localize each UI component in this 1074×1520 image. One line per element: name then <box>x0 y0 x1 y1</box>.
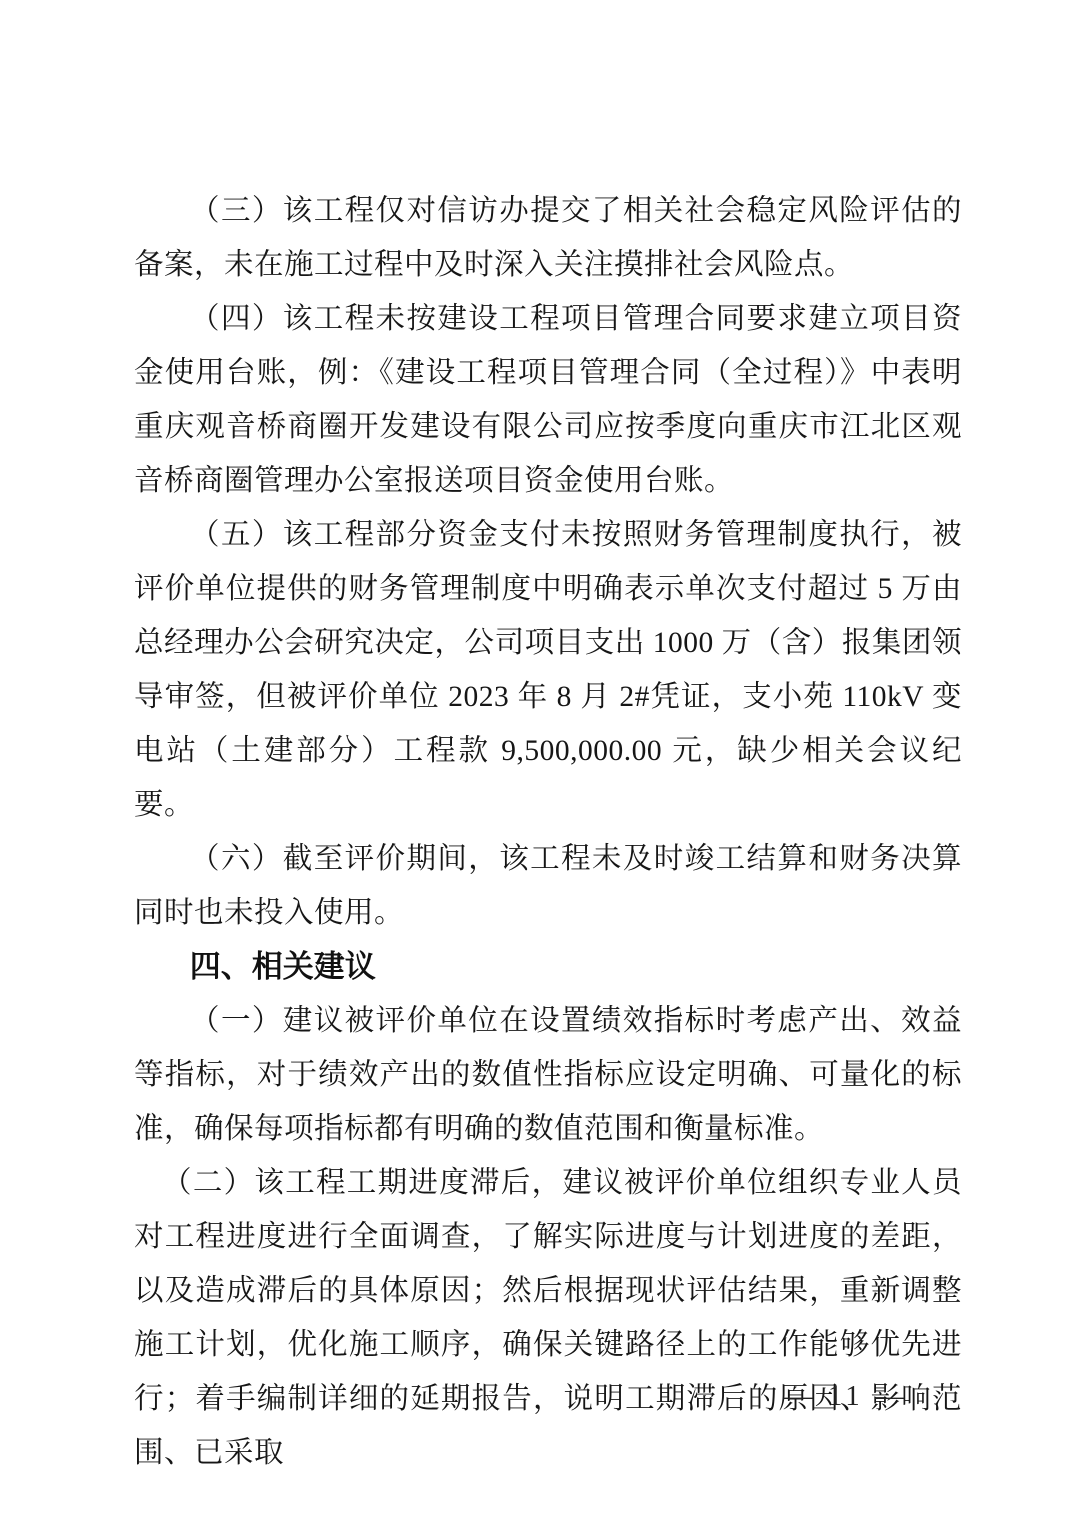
paragraph-finding-3: （三）该工程仅对信访办提交了相关社会稳定风险评估的备案，未在施工过程中及时深入关… <box>134 184 962 292</box>
document-body: （三）该工程仅对信访办提交了相关社会稳定风险评估的备案，未在施工过程中及时深入关… <box>134 184 962 1480</box>
document-page: （三）该工程仅对信访办提交了相关社会稳定风险评估的备案，未在施工过程中及时深入关… <box>0 0 1074 1520</box>
paragraph-suggestion-2: （二）该工程工期进度滞后，建议被评价单位组织专业人员对工程进度进行全面调查，了解… <box>134 1156 962 1480</box>
paragraph-finding-6: （六）截至评价期间，该工程未及时竣工结算和财务决算同时也未投入使用。 <box>134 832 962 940</box>
paragraph-finding-4: （四）该工程未按建设工程项目管理合同要求建立项目资金使用台账，例：《建设工程项目… <box>134 292 962 508</box>
paragraph-finding-5: （五）该工程部分资金支付未按照财务管理制度执行，被评价单位提供的财务管理制度中明… <box>134 508 962 832</box>
page-number: — 11 — <box>784 1376 908 1416</box>
section-heading-related-suggestions: 四、相关建议 <box>134 940 962 994</box>
paragraph-suggestion-1: （一）建议被评价单位在设置绩效指标时考虑产出、效益等指标，对于绩效产出的数值性指… <box>134 994 962 1156</box>
